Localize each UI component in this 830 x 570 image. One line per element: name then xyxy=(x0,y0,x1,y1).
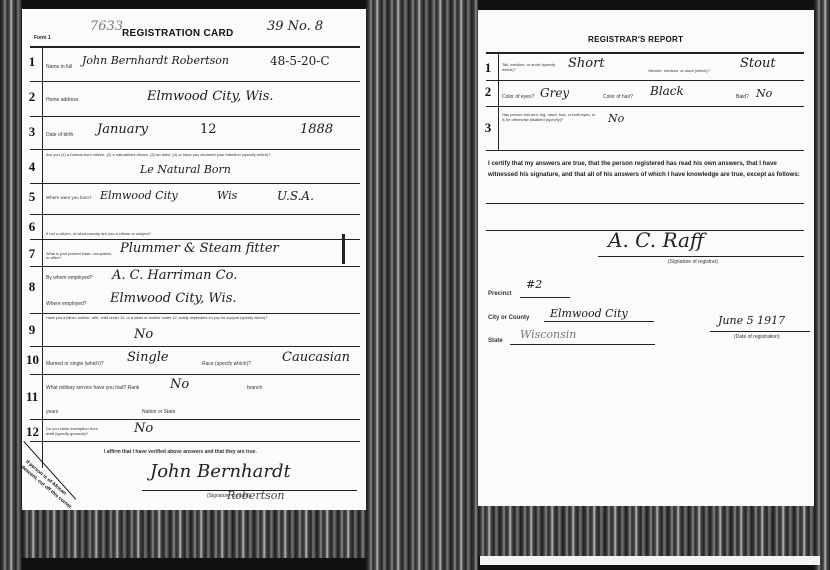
birth-date-label: Date of birth xyxy=(46,132,73,138)
hair-color-label: Color of hair? xyxy=(603,94,633,100)
hair-color-value: Black xyxy=(650,84,684,98)
certification-text: I certify that my answers are true, that… xyxy=(488,158,802,180)
city-value: Elmwood City xyxy=(550,307,628,320)
precinct-label: Precinct xyxy=(488,291,512,297)
divider xyxy=(30,239,360,240)
build-value: Stout xyxy=(740,56,776,71)
affirmation-text: I affirm that I have verified above answ… xyxy=(104,449,257,455)
address-value: Elmwood City, Wis. xyxy=(147,89,274,104)
birth-day: 12 xyxy=(200,122,217,137)
occupation-value: Plummer & Steam fitter xyxy=(120,241,279,256)
height-label: Tall, medium, or short (specify which)? xyxy=(502,62,562,72)
row-number: 1 xyxy=(26,54,38,70)
row-number-column-line xyxy=(42,48,43,468)
bald-value: No xyxy=(756,87,772,100)
dependents-label: Have you a father, mother, wife, child u… xyxy=(46,316,267,320)
divider xyxy=(30,81,360,82)
employer-value: A. C. Harriman Co. xyxy=(112,268,237,283)
birthplace-label: Where were you born? xyxy=(46,195,92,200)
row-number: 7 xyxy=(26,246,38,262)
divider xyxy=(30,46,360,48)
city-label: City or County xyxy=(488,315,529,321)
address-label: Home address xyxy=(46,97,79,103)
eye-color-value: Grey xyxy=(540,86,569,100)
military-label: What military service have you had? Rank xyxy=(46,385,139,391)
divider xyxy=(30,183,360,184)
card-number: 39 No. 8 xyxy=(267,19,323,34)
foreign-citizenship-label: If not a citizen, of what country are yo… xyxy=(46,231,151,236)
registrar-signature: A. C. Raff xyxy=(608,228,704,252)
birthplace-nation: U.S.A. xyxy=(277,189,314,203)
registrant-signature-surname: Robertson xyxy=(227,489,285,502)
bracket-mark xyxy=(342,234,345,264)
citizenship-label: Are you (1) a natural-born citizen, (2) … xyxy=(46,152,271,157)
registrar-caption: (Signature of registrar) xyxy=(668,259,718,265)
divider xyxy=(30,149,360,150)
divider xyxy=(30,313,360,314)
birthplace-town: Elmwood City xyxy=(100,189,178,202)
employer-place-value: Elmwood City, Wis. xyxy=(110,291,237,306)
row-number: 6 xyxy=(26,219,38,235)
eye-color-label: Color of eyes? xyxy=(502,94,534,100)
disability-label: Has person lost arm, leg, hand, foot, or… xyxy=(502,112,597,122)
military-value: No xyxy=(170,377,189,392)
bald-label: Bald? xyxy=(736,94,749,100)
divider xyxy=(30,419,360,420)
divider xyxy=(30,441,360,442)
employer-place-label: Where employed? xyxy=(46,301,87,307)
birth-year: 1888 xyxy=(300,122,333,137)
row-number: 3 xyxy=(482,120,494,136)
citizenship-value: Le Natural Born xyxy=(140,163,231,176)
exceptions-line xyxy=(486,203,804,204)
divider xyxy=(486,80,804,81)
registrars-report-card: REGISTRAR'S REPORT 1 Tall, medium, or sh… xyxy=(478,10,814,506)
military-nation-label: Nation or State xyxy=(142,409,175,415)
date-line xyxy=(710,331,810,332)
divider xyxy=(486,106,804,107)
occupation-label: What is your present trade, occupation, … xyxy=(46,252,116,260)
birthplace-state: Wis xyxy=(217,189,237,202)
employer-label: By whom employed? xyxy=(46,275,92,281)
military-branch-label: branch xyxy=(247,385,262,391)
row-number: 2 xyxy=(482,84,494,100)
film-background-right xyxy=(814,0,830,570)
row-number: 12 xyxy=(26,424,38,440)
report-title: REGISTRAR'S REPORT xyxy=(588,35,683,44)
name-value: John Bernhardt Robertson xyxy=(82,54,229,67)
date-caption: (Date of registration) xyxy=(734,334,780,340)
row-number: 9 xyxy=(26,322,38,338)
row-number: 10 xyxy=(26,352,38,368)
next-card-edge xyxy=(480,556,820,565)
divider xyxy=(30,374,360,375)
card-title: REGISTRATION CARD xyxy=(122,28,234,39)
row-number-column-line xyxy=(498,54,499,150)
name-serial: 48-5-20-C xyxy=(270,54,330,68)
row-number: 4 xyxy=(26,159,38,175)
row-number: 1 xyxy=(482,60,494,76)
divider xyxy=(486,52,804,54)
row-number: 2 xyxy=(26,89,38,105)
marital-label: Married or single (which)? xyxy=(46,361,104,367)
form-label: Form 1 xyxy=(34,35,51,41)
film-background-bottom-left xyxy=(22,510,366,558)
row-number: 8 xyxy=(26,279,38,295)
divider xyxy=(486,150,804,151)
film-background-bottom-right xyxy=(478,506,818,556)
state-label: State xyxy=(488,338,503,344)
divider xyxy=(30,116,360,117)
divider xyxy=(30,266,360,267)
birth-month: January xyxy=(97,122,148,137)
row-number: 11 xyxy=(26,389,38,405)
divider xyxy=(30,214,360,215)
exemption-value: No xyxy=(134,421,153,436)
height-value: Short xyxy=(568,56,605,71)
registrar-signature-line xyxy=(598,256,804,257)
race-value: Caucasian xyxy=(282,350,350,365)
registrant-signature: John Bernhardt xyxy=(150,461,291,482)
film-background-middle xyxy=(366,0,478,570)
precinct-line xyxy=(520,297,570,298)
film-background-left xyxy=(0,0,22,570)
corner-instruction: If person is of African descent, cut off… xyxy=(19,459,82,515)
registration-date: June 5 1917 xyxy=(718,314,785,327)
military-years-label: years xyxy=(46,409,58,415)
exemption-label: Do you claim exemption from draft (speci… xyxy=(46,426,106,436)
race-label: Race (specify which)? xyxy=(202,361,251,367)
state-line xyxy=(510,344,655,345)
dependents-value: No xyxy=(134,327,153,342)
divider xyxy=(30,346,360,347)
serial-number: 7633 xyxy=(90,19,123,34)
precinct-value: #2 xyxy=(526,278,542,291)
row-number: 5 xyxy=(26,189,38,205)
marital-value: Single xyxy=(127,350,169,365)
state-value: Wisconsin xyxy=(520,328,576,341)
disability-value: No xyxy=(608,112,624,125)
name-label: Name in full xyxy=(46,64,72,70)
row-number: 3 xyxy=(26,124,38,140)
registration-card: Form 1 7633 REGISTRATION CARD 39 No. 8 1… xyxy=(22,9,366,510)
city-line xyxy=(544,321,654,322)
build-label: Slender, medium, or stout (which)? xyxy=(648,68,710,73)
